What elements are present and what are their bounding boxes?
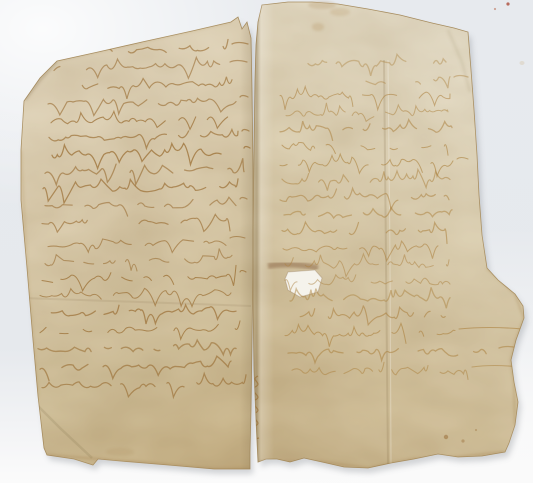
manuscript-photo <box>0 0 533 483</box>
manuscript-figure <box>0 0 533 483</box>
red-speck <box>506 2 509 5</box>
red-speck <box>494 8 496 10</box>
center-fold-crease <box>240 0 274 483</box>
